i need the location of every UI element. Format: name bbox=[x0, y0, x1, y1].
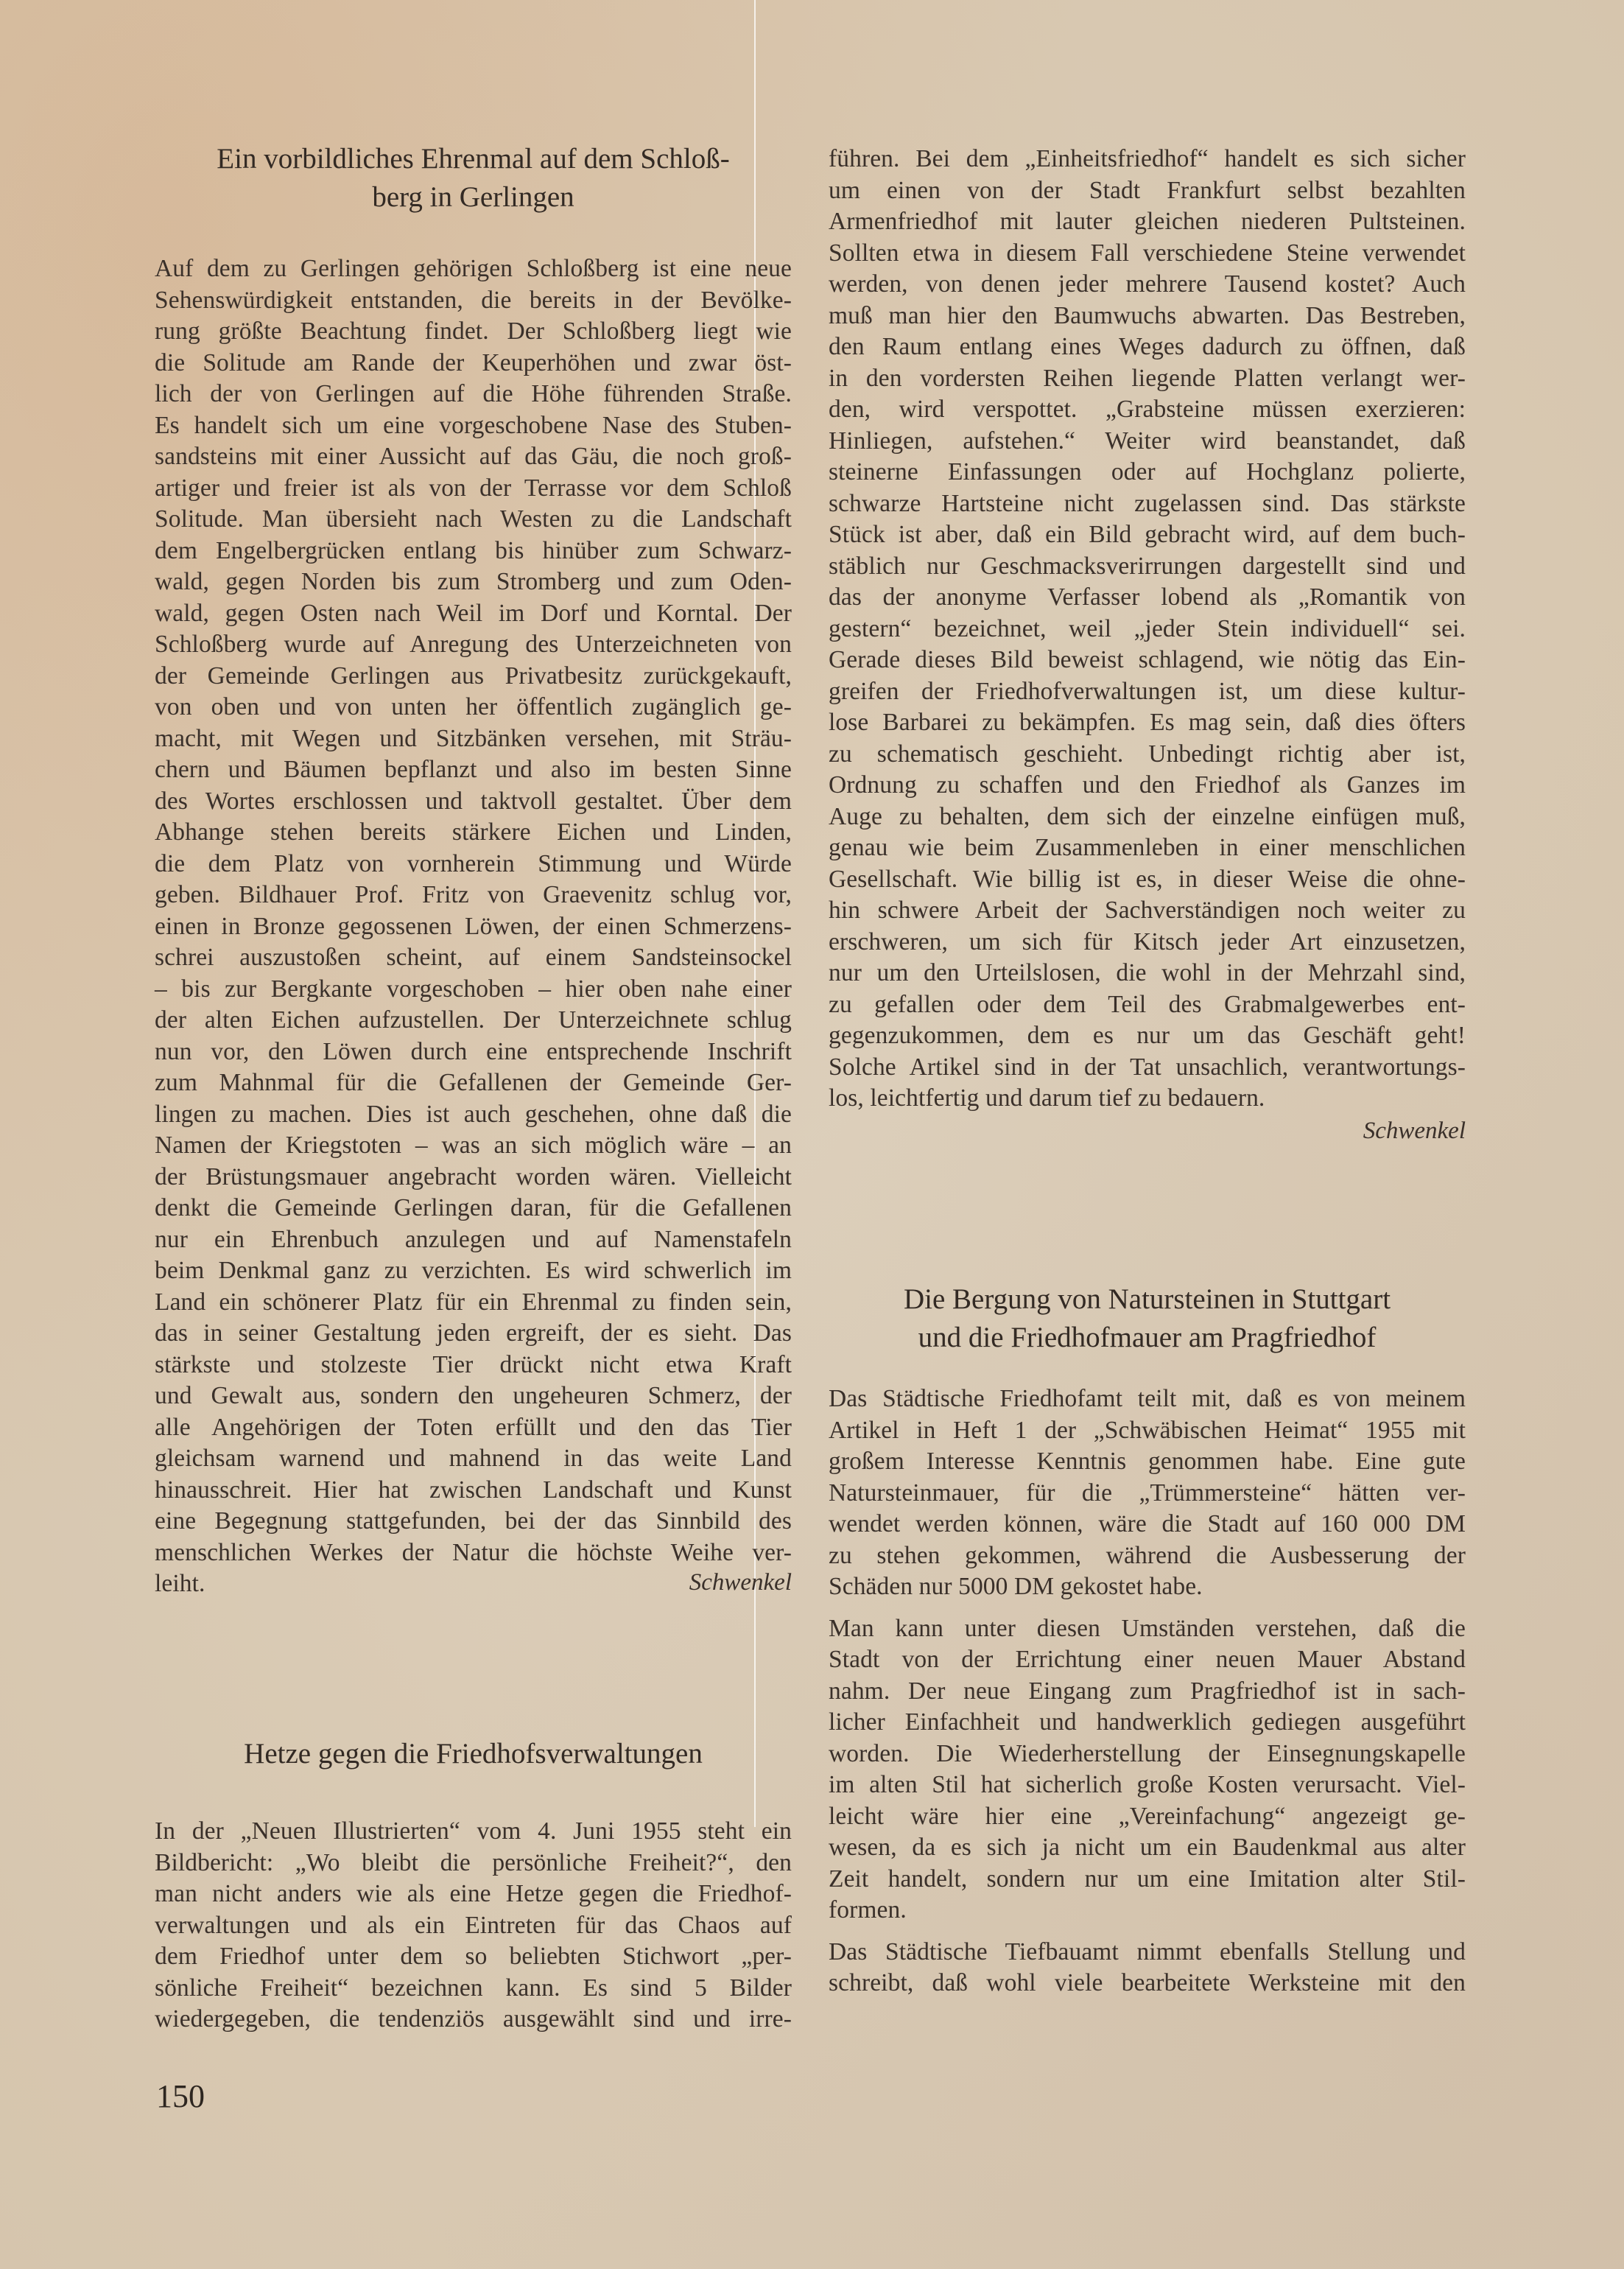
text-line: des Wortes erschlossen und taktvoll gest… bbox=[155, 786, 792, 818]
text-line: wald, gegen Osten nach Weil im Dorf und … bbox=[155, 598, 792, 630]
text-line: los, leichtfertig und darum tief zu beda… bbox=[829, 1083, 1466, 1115]
text-line: sönliche Freiheit“ bezeichnen kann. Es s… bbox=[155, 1973, 792, 2005]
text-line: eine Begegnung stattgefunden, bei der da… bbox=[155, 1506, 792, 1537]
text-line: sandsteins mit einer Aussicht auf das Gä… bbox=[155, 441, 792, 473]
text-line: den Raum entlang eines Weges dadurch zu … bbox=[829, 332, 1466, 363]
article-bergung: Die Bergung von Natursteinen in Stuttgar… bbox=[829, 1280, 1466, 1999]
text-line: das der anonyme Verfasser lobend als „Ro… bbox=[829, 582, 1466, 614]
article-title-ehrenmal: Ein vorbildliches Ehrenmal auf dem Schlo… bbox=[155, 140, 792, 217]
text-line: Abhange stehen bereits stärkere Eichen u… bbox=[155, 817, 792, 849]
text-line: Land ein schönerer Platz für ein Ehrenma… bbox=[155, 1287, 792, 1319]
text-line: hin schwere Arbeit der Sachverständigen … bbox=[829, 895, 1466, 927]
text-line: Stück ist aber, daß ein Bild gebracht wi… bbox=[829, 519, 1466, 551]
text-line: verwaltungen und als ein Eintreten für d… bbox=[155, 1910, 792, 1942]
text-line: gegenzukommen, dem es nur um das Geschäf… bbox=[829, 1020, 1466, 1052]
paragraph: Das Städtische Friedhofamt teilt mit, da… bbox=[829, 1384, 1466, 1603]
text-line: nur ein Ehrenbuch anzulegen und auf Name… bbox=[155, 1224, 792, 1256]
text-line: lose Barbarei zu bekämpfen. Es mag sein,… bbox=[829, 707, 1466, 739]
text-line: zu gefallen oder dem Teil des Grabmalgew… bbox=[829, 989, 1466, 1021]
text-line: muß man hier den Baumwuchs abwarten. Das… bbox=[829, 301, 1466, 332]
text-line: Schloßberg wurde auf Anregung des Unterz… bbox=[155, 629, 792, 661]
text-line: Stadt von der Errichtung einer neuen Mau… bbox=[829, 1644, 1466, 1676]
text-line: Das Städtische Tiefbauamt nimmt ebenfall… bbox=[829, 1937, 1466, 1968]
text-line: Auge zu behalten, dem sich der einzelne … bbox=[829, 802, 1466, 833]
text-line: das in seiner Gestaltung jeden ergreift,… bbox=[155, 1318, 792, 1350]
text-line: führen. Bei dem „Einheitsfriedhof“ hande… bbox=[829, 144, 1466, 175]
text-line: genau wie beim Zusammenleben in einer me… bbox=[829, 832, 1466, 864]
text-line: Gerade dieses Bild beweist schlagend, wi… bbox=[829, 645, 1466, 676]
text-line: Artikel in Heft 1 der „Schwäbischen Heim… bbox=[829, 1415, 1466, 1447]
text-line: zu schematisch geschieht. Unbedingt rich… bbox=[829, 739, 1466, 771]
paragraph: Das Städtische Tiefbauamt nimmt ebenfall… bbox=[829, 1937, 1466, 1999]
text-line: formen. bbox=[829, 1895, 1466, 1926]
text-line: denkt die Gemeinde Gerlingen daran, für … bbox=[155, 1193, 792, 1224]
text-line: um einen von der Stadt Frankfurt selbst … bbox=[829, 175, 1466, 207]
text-line: zu stehen gekommen, während die Ausbesse… bbox=[829, 1540, 1466, 1572]
text-line: worden. Die Wiederherstellung der Einseg… bbox=[829, 1739, 1466, 1770]
title-line: Die Bergung von Natursteinen in Stuttgar… bbox=[829, 1280, 1466, 1319]
signature: Schwenkel bbox=[829, 1118, 1466, 1145]
text-line: von oben und von unten her öffentlich zu… bbox=[155, 692, 792, 723]
text-line: gestern“ bezeichnet, weil „jeder Stein i… bbox=[829, 614, 1466, 645]
text-line: leicht wäre hier eine „Vereinfachung“ an… bbox=[829, 1801, 1466, 1833]
article-body-hetze-part1: In der „Neuen Illustrierten“ vom 4. Juni… bbox=[155, 1816, 792, 2035]
article-title-hetze: Hetze gegen die Friedhofsverwaltungen bbox=[155, 1735, 792, 1773]
text-line: im alten Stil hat sicherlich große Koste… bbox=[829, 1770, 1466, 1801]
text-line: der alten Eichen aufzustellen. Der Unter… bbox=[155, 1005, 792, 1037]
text-line: steinerne Einfassungen oder auf Hochglan… bbox=[829, 457, 1466, 488]
text-line: großem Interesse Kenntnis genommen habe.… bbox=[829, 1446, 1466, 1478]
text-line: lingen zu machen. Dies ist auch geschehe… bbox=[155, 1099, 792, 1131]
text-line: in den vordersten Reihen liegende Platte… bbox=[829, 363, 1466, 395]
text-line: wald, gegen Norden bis zum Stromberg und… bbox=[155, 567, 792, 598]
text-line: Namen der Kriegstoten – was an sich mögl… bbox=[155, 1130, 792, 1162]
text-line: stäblich nur Geschmacksverirrungen darge… bbox=[829, 551, 1466, 583]
title-line: Hetze gegen die Friedhofsverwaltungen bbox=[155, 1735, 792, 1773]
text-line: chern und Bäumen bepflanzt und also im b… bbox=[155, 754, 792, 786]
text-line: schreibt, daß wohl viele bearbeitete Wer… bbox=[829, 1968, 1466, 1999]
text-line: Gesellschaft. Wie billig ist es, in dies… bbox=[829, 864, 1466, 896]
paragraph: Man kann unter diesen Umständen verstehe… bbox=[829, 1613, 1466, 1926]
text-line: Bildbericht: „Wo bleibt die persönliche … bbox=[155, 1848, 792, 1879]
text-line: und Gewalt aus, sondern den ungeheuren S… bbox=[155, 1381, 792, 1412]
article-body-ehrenmal: Auf dem zu Gerlingen gehörigen Schloßber… bbox=[155, 253, 792, 1600]
page-number: 150 bbox=[156, 2077, 205, 2115]
article-ehrenmal: Ein vorbildliches Ehrenmal auf dem Schlo… bbox=[155, 140, 792, 1596]
text-line: Hinliegen, aufstehen.“ Weiter wird beans… bbox=[829, 426, 1466, 457]
text-line: man nicht anders wie als eine Hetze gege… bbox=[155, 1879, 792, 1910]
text-line: geben. Bildhauer Prof. Fritz von Graeven… bbox=[155, 880, 792, 911]
text-line: – bis zur Bergkante vorgeschoben – hier … bbox=[155, 974, 792, 1006]
text-line: Auf dem zu Gerlingen gehörigen Schloßber… bbox=[155, 253, 792, 285]
article-body-bergung: Das Städtische Friedhofamt teilt mit, da… bbox=[829, 1384, 1466, 1999]
text-line: alle Angehörigen der Toten erfüllt und d… bbox=[155, 1412, 792, 1444]
text-line: Solitude. Man übersieht nach Westen zu d… bbox=[155, 504, 792, 536]
text-line: Armenfriedhof mit lauter gleichen nieder… bbox=[829, 206, 1466, 238]
text-line: nur um den Urteilslosen, die wohl in der… bbox=[829, 958, 1466, 989]
text-line: Zeit handelt, sondern nur um eine Imitat… bbox=[829, 1864, 1466, 1895]
text-line: dem Friedhof unter dem so beliebten Stic… bbox=[155, 1941, 792, 1973]
text-line: Solche Artikel sind in der Tat unsachlic… bbox=[829, 1052, 1466, 1084]
text-line: den, wird verspottet. „Grabsteine müssen… bbox=[829, 394, 1466, 426]
text-line: greifen der Friedhofverwaltungen ist, um… bbox=[829, 676, 1466, 708]
text-line: artiger und freier ist als von der Terra… bbox=[155, 473, 792, 505]
text-line: In der „Neuen Illustrierten“ vom 4. Juni… bbox=[155, 1816, 792, 1848]
text-line: beim Denkmal ganz zu verzichten. Es wird… bbox=[155, 1255, 792, 1287]
text-line: stärkste und stolzeste Tier drückt nicht… bbox=[155, 1350, 792, 1381]
text-line: Das Städtische Friedhofamt teilt mit, da… bbox=[829, 1384, 1466, 1415]
article-body-hetze-part2: führen. Bei dem „Einheitsfriedhof“ hande… bbox=[829, 144, 1466, 1115]
article-title-bergung: Die Bergung von Natursteinen in Stuttgar… bbox=[829, 1280, 1466, 1357]
text-line: Sollten etwa in diesem Fall verschiedene… bbox=[829, 238, 1466, 270]
article-hetze: Hetze gegen die Friedhofsverwaltungen In… bbox=[155, 1735, 792, 2035]
title-line: Ein vorbildliches Ehrenmal auf dem Schlo… bbox=[155, 140, 792, 178]
text-line: Ordnung zu schaffen und den Friedhof als… bbox=[829, 770, 1466, 802]
text-line: wendet werden können, wäre die Stadt auf… bbox=[829, 1509, 1466, 1540]
text-line: Sehenswürdigkeit entstanden, die bereits… bbox=[155, 285, 792, 317]
text-line: nun vor, den Löwen durch eine entspreche… bbox=[155, 1037, 792, 1068]
text-line: der Brüstungsmauer angebracht worden wär… bbox=[155, 1162, 792, 1193]
text-line: gleichsam warnend und mahnend in das wei… bbox=[155, 1443, 792, 1475]
text-line: werden, von denen jeder mehrere Tausend … bbox=[829, 269, 1466, 301]
text-line: lich der von Gerlingen auf die Höhe führ… bbox=[155, 379, 792, 410]
text-line: Schäden nur 5000 DM gekostet habe. bbox=[829, 1571, 1466, 1603]
text-line: erschweren, um sich für Kitsch jeder Art… bbox=[829, 927, 1466, 958]
text-line: Man kann unter diesen Umständen verstehe… bbox=[829, 1613, 1466, 1645]
title-line: berg in Gerlingen bbox=[155, 178, 792, 217]
title-line: und die Friedhofmauer am Pragfriedhof bbox=[829, 1319, 1466, 1357]
text-line: menschlichen Werkes der Natur die höchst… bbox=[155, 1537, 792, 1569]
text-line: Natursteinmauer, für die „Trümmersteine“… bbox=[829, 1478, 1466, 1509]
text-line: die dem Platz von vornherein Stimmung un… bbox=[155, 849, 792, 880]
text-line: wiedergegeben, die tendenziös ausgewählt… bbox=[155, 2004, 792, 2035]
text-line: hinausschreit. Hier hat zwischen Landsch… bbox=[155, 1475, 792, 1507]
text-line: macht, mit Wegen und Sitzbänken versehen… bbox=[155, 723, 792, 755]
text-line: die Solitude am Rande der Keuperhöhen un… bbox=[155, 348, 792, 379]
text-line: dem Engelbergrücken entlang bis hinüber … bbox=[155, 536, 792, 567]
article-hetze-continued: führen. Bei dem „Einheitsfriedhof“ hande… bbox=[829, 144, 1466, 1145]
signature: Schwenkel bbox=[155, 1569, 792, 1596]
text-line: schrei auszustoßen scheint, auf einem Sa… bbox=[155, 942, 792, 974]
text-line: schwarze Hartsteine nicht zugelassen sin… bbox=[829, 488, 1466, 520]
text-line: nahm. Der neue Eingang zum Pragfriedhof … bbox=[829, 1676, 1466, 1708]
text-line: rung größte Beachtung findet. Der Schloß… bbox=[155, 316, 792, 348]
text-line: Es handelt sich um eine vorgeschobene Na… bbox=[155, 410, 792, 442]
text-line: einen in Bronze gegossenen Löwen, der ei… bbox=[155, 911, 792, 943]
text-line: wesen, da es sich ja nicht um ein Bauden… bbox=[829, 1832, 1466, 1864]
text-line: der Gemeinde Gerlingen aus Privatbesitz … bbox=[155, 661, 792, 692]
text-line: zum Mahnmal für die Gefallenen der Gemei… bbox=[155, 1067, 792, 1099]
text-line: licher Einfachheit und handwerklich gedi… bbox=[829, 1707, 1466, 1739]
